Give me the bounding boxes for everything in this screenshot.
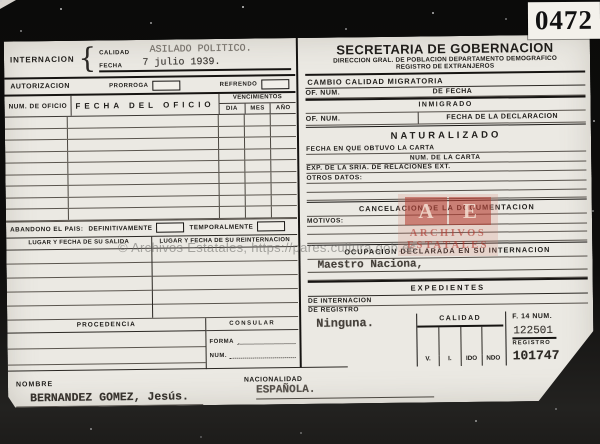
refrendo-checkbox	[261, 79, 289, 89]
de-fecha-label: DE FECHA	[433, 88, 473, 95]
nombre-value: BERNANDEZ GOMEZ, Jesús.	[16, 390, 203, 407]
oficio-cell	[245, 126, 271, 137]
de-internacion-label: DE INTERNACION	[308, 297, 372, 305]
oficio-table: NUM. DE OFICIO FECHA DEL OFICIO VENCIMIE…	[4, 93, 297, 222]
ano-header: AÑO	[271, 103, 296, 113]
name-strip: NOMBRE BERNANDEZ GOMEZ, Jesús. NACIONALI…	[8, 366, 348, 407]
oficio-cell	[219, 149, 245, 160]
forma-row: FORMA	[206, 330, 298, 345]
dotted-leader	[230, 349, 296, 359]
refrendo-label: REFRENDO	[220, 81, 258, 87]
oficio-cell	[5, 128, 68, 139]
oficio-cell	[68, 126, 219, 138]
calidad-cell	[461, 327, 483, 355]
oficio-cell	[6, 186, 69, 197]
temporalmente-checkbox	[257, 221, 285, 231]
oficio-cell	[69, 195, 220, 207]
of-num-label: OF. NUM.	[305, 90, 340, 97]
oficio-cell	[271, 160, 296, 171]
calidad-col-i: I.	[439, 355, 461, 366]
fecha-carta-label: FECHA EN QUE OBTUVO LA CARTA	[306, 144, 434, 153]
oficio-cell	[5, 163, 68, 174]
scan-corner-artifact	[0, 0, 16, 9]
vencimientos-subcols: DIA MES AÑO	[220, 103, 296, 114]
dia-header: DIA	[220, 104, 246, 114]
procedencia-section: PROCEDENCIA CONSULAR FORMA NUM.	[7, 317, 299, 372]
oficio-cell	[219, 138, 245, 149]
prorroga-label: PRORROGA	[109, 82, 148, 88]
oficio-cell	[220, 195, 246, 206]
oficio-cell	[68, 172, 219, 184]
num-label: NUM.	[210, 352, 227, 358]
refrendo-group: REFRENDO	[220, 79, 290, 90]
definitivamente-checkbox	[156, 222, 184, 232]
oficio-cell	[245, 149, 271, 160]
watermark-tile-a: A	[405, 197, 447, 225]
prorroga-checkbox	[152, 80, 180, 90]
copyright-watermark: © Archivos Estatales, https://pares.cult…	[118, 240, 416, 255]
oficio-cell	[5, 140, 68, 151]
scanned-page: INTERNACION { CALIDAD ASILADO POLITICO. …	[0, 0, 600, 444]
num-carta-label: NUM. DE LA CARTA	[410, 154, 481, 162]
of-num2-label: OF. NUM.	[306, 113, 419, 125]
oficio-cell	[68, 161, 219, 173]
oficio-cell	[219, 115, 245, 126]
exp-sria-label: EXP. DE LA SRIA. DE RELACIONES EXT.	[306, 164, 450, 173]
internacion-fields: CALIDAD ASILADO POLITICO. FECHA 7 julio …	[99, 43, 295, 72]
f14-registro-block: F. 14 NUM. 122501 REGISTRO 101747	[505, 310, 589, 365]
definitivamente-label: DEFINITIVAMENTE	[88, 224, 152, 232]
registro-label: REGISTRO	[512, 339, 588, 346]
oficio-cell	[5, 117, 68, 128]
calidad-line: CALIDAD ASILADO POLITICO.	[99, 43, 291, 56]
abandono-label: ABANDONO EL PAIS:	[10, 225, 83, 233]
registro-number: 101747	[513, 347, 589, 363]
consular-header: CONSULAR	[206, 317, 298, 331]
ocupacion-value: Maestro Naciona,	[317, 258, 423, 271]
calidad-cell	[417, 327, 439, 355]
calidad-col-v: V.	[418, 355, 440, 366]
left-column: INTERNACION { CALIDAD ASILADO POLITICO. …	[4, 38, 299, 372]
oficio-cell	[69, 184, 220, 196]
autorizacion-label: AUTORIZACION	[10, 83, 70, 91]
nacionalidad-block: NACIONALIDAD ESPAÑOLA.	[244, 366, 434, 399]
oficio-cell	[272, 206, 297, 217]
oficio-cell	[5, 151, 68, 162]
internacion-row: INTERNACION { CALIDAD ASILADO POLITICO. …	[4, 38, 295, 80]
archive-number-box: 0472	[528, 2, 600, 40]
oficio-cell	[271, 126, 296, 137]
ruled-line	[7, 304, 152, 319]
oficio-cell	[6, 197, 69, 208]
f14-label: F. 14 NUM.	[512, 312, 588, 320]
right-bottom-block: Ninguna. CALIDAD V. I. ID	[308, 310, 589, 367]
watermark-tiles: A E	[400, 197, 496, 225]
oficio-cell	[271, 172, 296, 183]
oficio-cell	[271, 149, 296, 160]
nombre-label: NOMBRE	[16, 381, 53, 388]
motivos-label: MOTIVOS:	[307, 217, 344, 224]
ruled-line	[153, 303, 298, 318]
oficio-cell	[220, 207, 246, 218]
oficio-cell	[246, 195, 272, 206]
calidad-label: CALIDAD	[99, 50, 130, 56]
temporalmente-label: TEMPORALMENTE	[189, 223, 253, 231]
calidad-col-ndo: NDO	[483, 355, 504, 366]
oficio-cell	[6, 209, 69, 220]
nacionalidad-label: NACIONALIDAD	[244, 376, 303, 384]
fecha-label: FECHA	[99, 63, 122, 69]
registro-value: Ninguna.	[316, 316, 374, 331]
vencimientos-header: VENCIMIENTOS DIA MES AÑO	[219, 93, 295, 114]
calidad-header: CALIDAD	[417, 313, 503, 328]
oficio-cell	[246, 183, 272, 194]
calidad-body	[417, 327, 503, 356]
calidad-table: CALIDAD V. I. IDO NDO	[416, 313, 504, 367]
calidad-value: ASILADO POLITICO.	[150, 43, 252, 55]
registro-value-cell: Ninguna.	[308, 313, 417, 368]
nombre-block: NOMBRE BERNANDEZ GOMEZ, Jesús.	[16, 371, 203, 407]
fecha-line: FECHA 7 julio 1939.	[99, 56, 291, 72]
brace-glyph: {	[78, 46, 96, 71]
temporalmente-group: TEMPORALMENTE	[189, 221, 285, 232]
calidad-cell	[439, 327, 461, 355]
num-row: NUM.	[207, 344, 299, 359]
watermark-tile-e: E	[449, 197, 491, 225]
nacionalidad-value: ESPAÑOLA.	[256, 382, 434, 399]
oficio-cell	[246, 206, 272, 217]
calidad-column-labels: V. I. IDO NDO	[418, 355, 504, 367]
oficio-cell	[272, 183, 297, 194]
oficio-cell	[68, 149, 219, 161]
fecha-value: 7 julio 1939.	[142, 56, 220, 68]
definitivamente-group: DEFINITIVAMENTE	[88, 222, 184, 233]
registration-card: INTERNACION { CALIDAD ASILADO POLITICO. …	[4, 34, 594, 407]
oficio-cell	[271, 137, 296, 148]
calidad-col-ido: IDO	[461, 355, 483, 366]
otros-datos-label: OTROS DATOS:	[306, 174, 362, 182]
prorroga-group: PRORROGA	[109, 80, 180, 91]
watermark-word-1: ARCHIVOS	[400, 228, 496, 240]
oficio-cell	[219, 172, 245, 183]
fecha-declaracion-label: FECHA DE LA DECLARACION	[419, 111, 586, 124]
oficio-cell	[219, 161, 245, 172]
internacion-label: INTERNACION	[10, 54, 74, 64]
oficio-cell	[68, 138, 219, 150]
oficio-cell	[220, 184, 246, 195]
oficio-cell	[219, 126, 245, 137]
oficio-cell	[245, 137, 271, 148]
num-oficio-header: NUM. DE OFICIO	[4, 96, 71, 117]
mes-header: MES	[245, 103, 271, 113]
fecha-oficio-header: FECHA DEL OFICIO	[71, 94, 219, 116]
oficio-cell	[245, 114, 271, 125]
oficio-cell	[5, 174, 68, 185]
oficio-cell	[69, 207, 220, 219]
oficio-cell	[68, 115, 219, 127]
procedencia-column: PROCEDENCIA	[7, 318, 207, 372]
calidad-cell	[483, 327, 504, 355]
f14-number: 122501	[512, 325, 556, 340]
card-main: INTERNACION { CALIDAD ASILADO POLITICO. …	[4, 34, 594, 371]
oficio-cell	[272, 195, 297, 206]
oficio-cell	[271, 114, 296, 125]
agency-header: SECRETARIA DE GOBERNACION DIRECCION GRAL…	[305, 34, 585, 75]
oficio-cell	[245, 172, 271, 183]
oficio-cell	[245, 160, 271, 171]
ruled-line	[8, 347, 206, 365]
consular-box: CONSULAR FORMA NUM.	[206, 317, 299, 370]
